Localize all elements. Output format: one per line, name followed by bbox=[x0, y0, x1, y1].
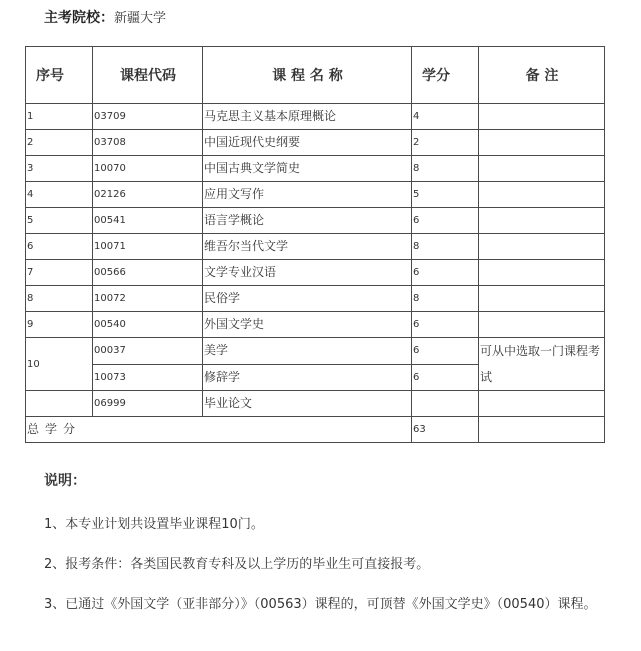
row-note bbox=[479, 182, 605, 208]
row-code: 06999 bbox=[93, 391, 203, 417]
row-note bbox=[479, 260, 605, 286]
row-credit: 4 bbox=[412, 104, 479, 130]
table-row: 9 00540 外国文学史 6 bbox=[26, 312, 605, 338]
row-course-name: 外国文学史 bbox=[203, 312, 412, 338]
total-note bbox=[479, 417, 605, 443]
row-note bbox=[479, 391, 605, 417]
row-course-name: 美学 bbox=[203, 338, 412, 365]
row-no: 3 bbox=[26, 156, 93, 182]
row-code: 10070 bbox=[93, 156, 203, 182]
table-row: 1 03709 马克思主义基本原理概论 4 bbox=[26, 104, 605, 130]
row-credit: 6 bbox=[412, 208, 479, 234]
table-row: 8 10072 民俗学 8 bbox=[26, 286, 605, 312]
row-no: 9 bbox=[26, 312, 93, 338]
total-credits-label: 总学分 bbox=[26, 417, 412, 443]
table-row-thesis: 06999 毕业论文 bbox=[26, 391, 605, 417]
row-note bbox=[479, 312, 605, 338]
table-row-elective-a: 10 00037 美学 6 可从中选取一门课程考试 bbox=[26, 338, 605, 365]
row-course-name: 毕业论文 bbox=[203, 391, 412, 417]
col-header-code: 课程代码 bbox=[93, 47, 203, 104]
row-no: 4 bbox=[26, 182, 93, 208]
elective-group-no: 10 bbox=[26, 338, 93, 391]
row-no: 7 bbox=[26, 260, 93, 286]
row-note bbox=[479, 208, 605, 234]
row-no bbox=[26, 391, 93, 417]
col-header-name: 课 程 名 称 bbox=[203, 47, 412, 104]
col-header-note: 备 注 bbox=[479, 47, 605, 104]
row-credit: 8 bbox=[412, 156, 479, 182]
row-credit bbox=[412, 391, 479, 417]
row-code: 03708 bbox=[93, 130, 203, 156]
row-course-name: 马克思主义基本原理概论 bbox=[203, 104, 412, 130]
row-course-name: 中国近现代史纲要 bbox=[203, 130, 412, 156]
row-credit: 6 bbox=[412, 338, 479, 365]
row-note bbox=[479, 286, 605, 312]
row-no: 6 bbox=[26, 234, 93, 260]
table-row: 6 10071 维吾尔当代文学 8 bbox=[26, 234, 605, 260]
table-row: 4 02126 应用文写作 5 bbox=[26, 182, 605, 208]
row-code: 00037 bbox=[93, 338, 203, 365]
row-course-name: 中国古典文学简史 bbox=[203, 156, 412, 182]
notes-title: 说明： bbox=[44, 470, 86, 490]
row-credit: 6 bbox=[412, 364, 479, 391]
row-credit: 8 bbox=[412, 286, 479, 312]
col-header-credit: 学分 bbox=[412, 47, 479, 104]
note-item-2: 2、报考条件：各类国民教育专科及以上学历的毕业生可直接报考。 bbox=[44, 554, 429, 576]
table-header-row: 序号 课程代码 课 程 名 称 学分 备 注 bbox=[26, 47, 605, 104]
row-no: 5 bbox=[26, 208, 93, 234]
col-header-no: 序号 bbox=[26, 47, 93, 104]
row-code: 00566 bbox=[93, 260, 203, 286]
row-note bbox=[479, 130, 605, 156]
row-course-name: 民俗学 bbox=[203, 286, 412, 312]
row-note bbox=[479, 234, 605, 260]
row-course-name: 应用文写作 bbox=[203, 182, 412, 208]
row-code: 00540 bbox=[93, 312, 203, 338]
row-note bbox=[479, 104, 605, 130]
row-credit: 5 bbox=[412, 182, 479, 208]
row-no: 8 bbox=[26, 286, 93, 312]
table-row: 7 00566 文学专业汉语 6 bbox=[26, 260, 605, 286]
school-line: 主考院校：新疆大学 bbox=[44, 9, 166, 28]
table-row: 5 00541 语言学概论 6 bbox=[26, 208, 605, 234]
row-code: 10072 bbox=[93, 286, 203, 312]
row-course-name: 文学专业汉语 bbox=[203, 260, 412, 286]
row-note bbox=[479, 156, 605, 182]
table-row: 2 03708 中国近现代史纲要 2 bbox=[26, 130, 605, 156]
row-credit: 6 bbox=[412, 312, 479, 338]
row-no: 1 bbox=[26, 104, 93, 130]
school-name: 新疆大学 bbox=[114, 11, 166, 26]
row-code: 10073 bbox=[93, 364, 203, 391]
row-course-name: 维吾尔当代文学 bbox=[203, 234, 412, 260]
note-item-1: 1、本专业计划共设置毕业课程10门。 bbox=[44, 514, 264, 536]
row-course-name: 修辞学 bbox=[203, 364, 412, 391]
note-item-3: 3、已通过《外国文学（亚非部分）》（00563）课程的，可顶替《外国文学史》（0… bbox=[14, 594, 629, 616]
table-row-total: 总学分 63 bbox=[26, 417, 605, 443]
row-course-name: 语言学概论 bbox=[203, 208, 412, 234]
total-credits-value: 63 bbox=[412, 417, 479, 443]
row-code: 00541 bbox=[93, 208, 203, 234]
row-no: 2 bbox=[26, 130, 93, 156]
row-code: 02126 bbox=[93, 182, 203, 208]
elective-group-note: 可从中选取一门课程考试 bbox=[479, 338, 605, 391]
table-row: 3 10070 中国古典文学简史 8 bbox=[26, 156, 605, 182]
row-code: 10071 bbox=[93, 234, 203, 260]
row-credit: 8 bbox=[412, 234, 479, 260]
course-plan-table: 序号 课程代码 课 程 名 称 学分 备 注 1 03709 马克思主义基本原理… bbox=[25, 46, 605, 443]
school-label: 主考院校： bbox=[44, 10, 114, 26]
row-credit: 2 bbox=[412, 130, 479, 156]
row-code: 03709 bbox=[93, 104, 203, 130]
row-credit: 6 bbox=[412, 260, 479, 286]
